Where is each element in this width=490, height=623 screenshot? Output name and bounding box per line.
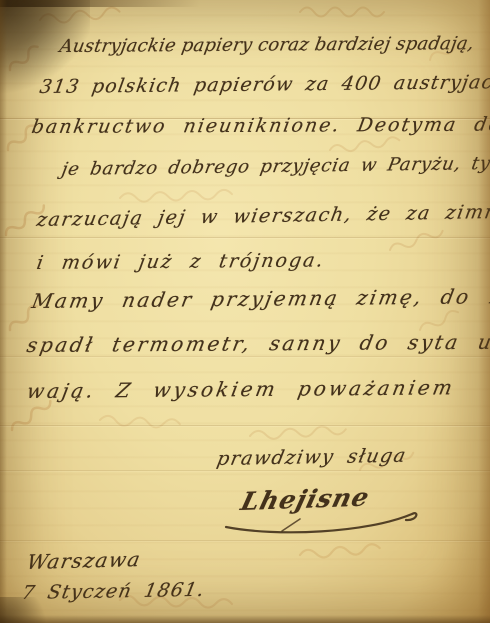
handwritten-line-1: Austryjackie papiery coraz bardziej spad… <box>58 33 476 57</box>
paper-crease <box>0 425 490 426</box>
handwritten-line-7: Mamy nader przyjemną zimę, do 16 R <box>30 284 490 313</box>
letter-page: Austryjackie papiery coraz bardziej spad… <box>0 0 490 623</box>
handwritten-line-4: je bardzo dobrego przyjęcia w Paryżu, ty… <box>60 153 490 180</box>
handwritten-line-9: wają. Z wysokiem poważaniem <box>25 375 457 403</box>
paper-crease <box>0 540 490 541</box>
date-line: 7 Styczeń 1861. <box>20 579 207 604</box>
closing-line: prawdziwy sługa <box>215 445 409 470</box>
scan-edge-left <box>0 0 7 623</box>
handwritten-line-2: 313 polskich papierów za 400 austryjacki… <box>38 71 490 98</box>
scan-edge-right <box>478 0 490 623</box>
paper-crease <box>0 470 490 471</box>
scan-edge-top <box>0 0 200 7</box>
handwritten-line-3: bankructwo nieuniknione. Deotyma dozna <box>30 113 490 138</box>
place-line: Warszawa <box>25 547 143 574</box>
handwritten-line-8: spadł termometr, sanny do syta uży <box>25 330 490 357</box>
signature: Lhejisne <box>238 483 373 516</box>
paper-crease <box>0 237 490 238</box>
handwritten-line-6: i mówi już z trójnoga. <box>35 249 327 274</box>
scan-edge-bottom <box>0 615 490 623</box>
handwritten-line-5: zarzucają jej w wierszach, że za zimna <box>35 201 490 231</box>
